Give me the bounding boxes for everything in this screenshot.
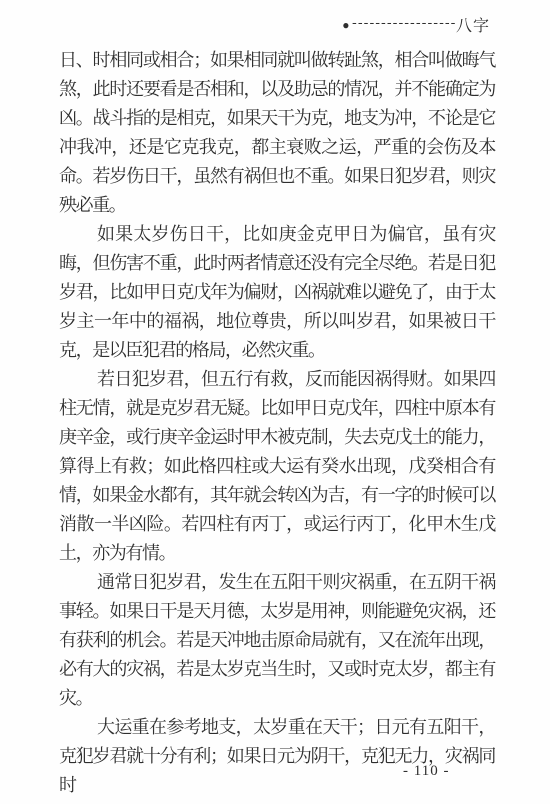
- page-number: - 110 -: [403, 763, 449, 780]
- book-page: ● ------------------ 八字 日、时相同或相合；如果相同就叫做…: [0, 0, 550, 804]
- body-paragraph: 若日犯岁君，但五行有救，反而能因祸得财。如果四柱无情，就是克岁君无疑。比如甲日克…: [59, 365, 495, 568]
- page-header: ● ------------------ 八字: [342, 13, 490, 36]
- body-paragraph: 大运重在参考地支，太岁重在天干；日元有五阳干，克犯岁君就十分有利；如果日元为阴干…: [59, 713, 495, 800]
- page-body-text: 日、时相同或相合；如果相同就叫做转趾煞，相合叫做晦气煞，此时还要看是否相和，以及…: [59, 46, 495, 800]
- header-book-title: 八字: [456, 13, 490, 36]
- header-dashed-rule: ------------------: [351, 17, 455, 30]
- body-paragraph: 如果太岁伤日干，比如庚金克甲日为偏官，虽有灾晦，但伤害不重，此时两者情意还没有完…: [59, 220, 495, 365]
- header-bullet-icon: ●: [342, 19, 349, 31]
- body-paragraph: 通常日犯岁君，发生在五阳干则灾祸重，在五阴干祸事轻。如果日干是天月德，太岁是用神…: [59, 568, 495, 713]
- body-paragraph: 日、时相同或相合；如果相同就叫做转趾煞，相合叫做晦气煞，此时还要看是否相和，以及…: [59, 46, 495, 220]
